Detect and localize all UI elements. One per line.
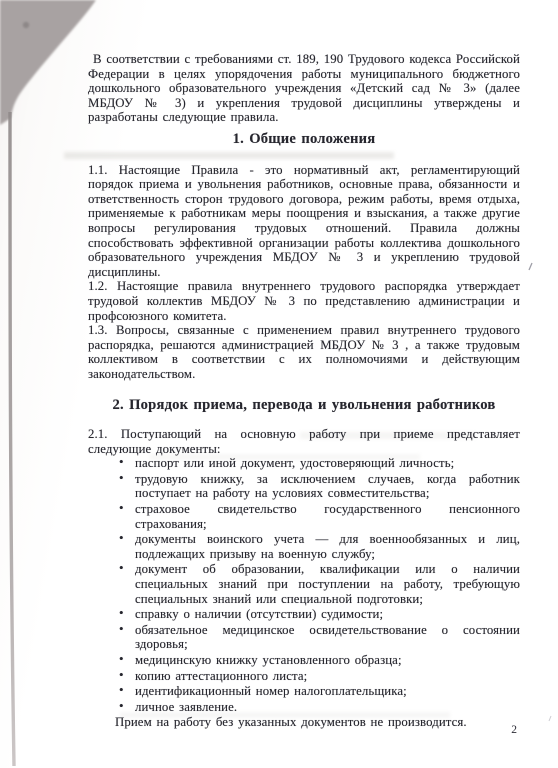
scanned-document-page: В соответствии с требованиями ст. 189, 1…	[0, 0, 558, 768]
list-item: паспорт или иной документ, удостоверяющи…	[135, 456, 520, 471]
list-item: идентификационный номер налогоплательщик…	[135, 684, 520, 699]
section-1-heading: 1. Общие положения	[88, 132, 520, 147]
intro-paragraph: В соответствии с требованиями ст. 189, 1…	[88, 52, 520, 125]
list-item: документы воинского учета — для военнооб…	[135, 532, 520, 561]
stray-mark	[549, 716, 551, 721]
page-number: 2	[511, 724, 517, 736]
stray-mark	[529, 263, 532, 270]
paragraph-1-3: 1.3. Вопросы, связанные с применением пр…	[88, 323, 520, 381]
paragraph-1-2: 1.2. Настоящие правила внутреннего трудо…	[88, 279, 520, 323]
closing-sentence: Прием на работу без указанных документов…	[88, 715, 520, 730]
list-item: личное заявление.	[135, 700, 520, 715]
list-item: трудовую книжку, за исключением случаев,…	[135, 472, 520, 501]
list-item: копию аттестационного листа;	[135, 669, 520, 684]
paragraph-1-1: 1.1. Настоящие Правила - это нормативный…	[88, 163, 520, 280]
document-body: В соответствии с требованиями ст. 189, 1…	[88, 52, 520, 730]
section-2-heading: 2. Порядок приема, перевода и увольнения…	[88, 398, 520, 413]
paragraph-2-1: 2.1. Поступающий на основную работу при …	[88, 427, 520, 456]
page-corner-fold-artifact	[0, 0, 96, 125]
list-item: справку о наличии (отсутствии) судимости…	[135, 607, 520, 622]
list-item: документ об образовании, квалификации ил…	[135, 562, 520, 606]
list-item: обязательное медицинское освидетельствов…	[135, 623, 520, 652]
scan-speck	[23, 22, 29, 28]
page-edge-line	[10, 112, 14, 766]
required-documents-list: паспорт или иной документ, удостоверяющи…	[135, 456, 520, 714]
list-item: страховое свидетельство государственного…	[135, 502, 520, 531]
list-item: медицинскую книжку установленного образц…	[135, 653, 520, 668]
